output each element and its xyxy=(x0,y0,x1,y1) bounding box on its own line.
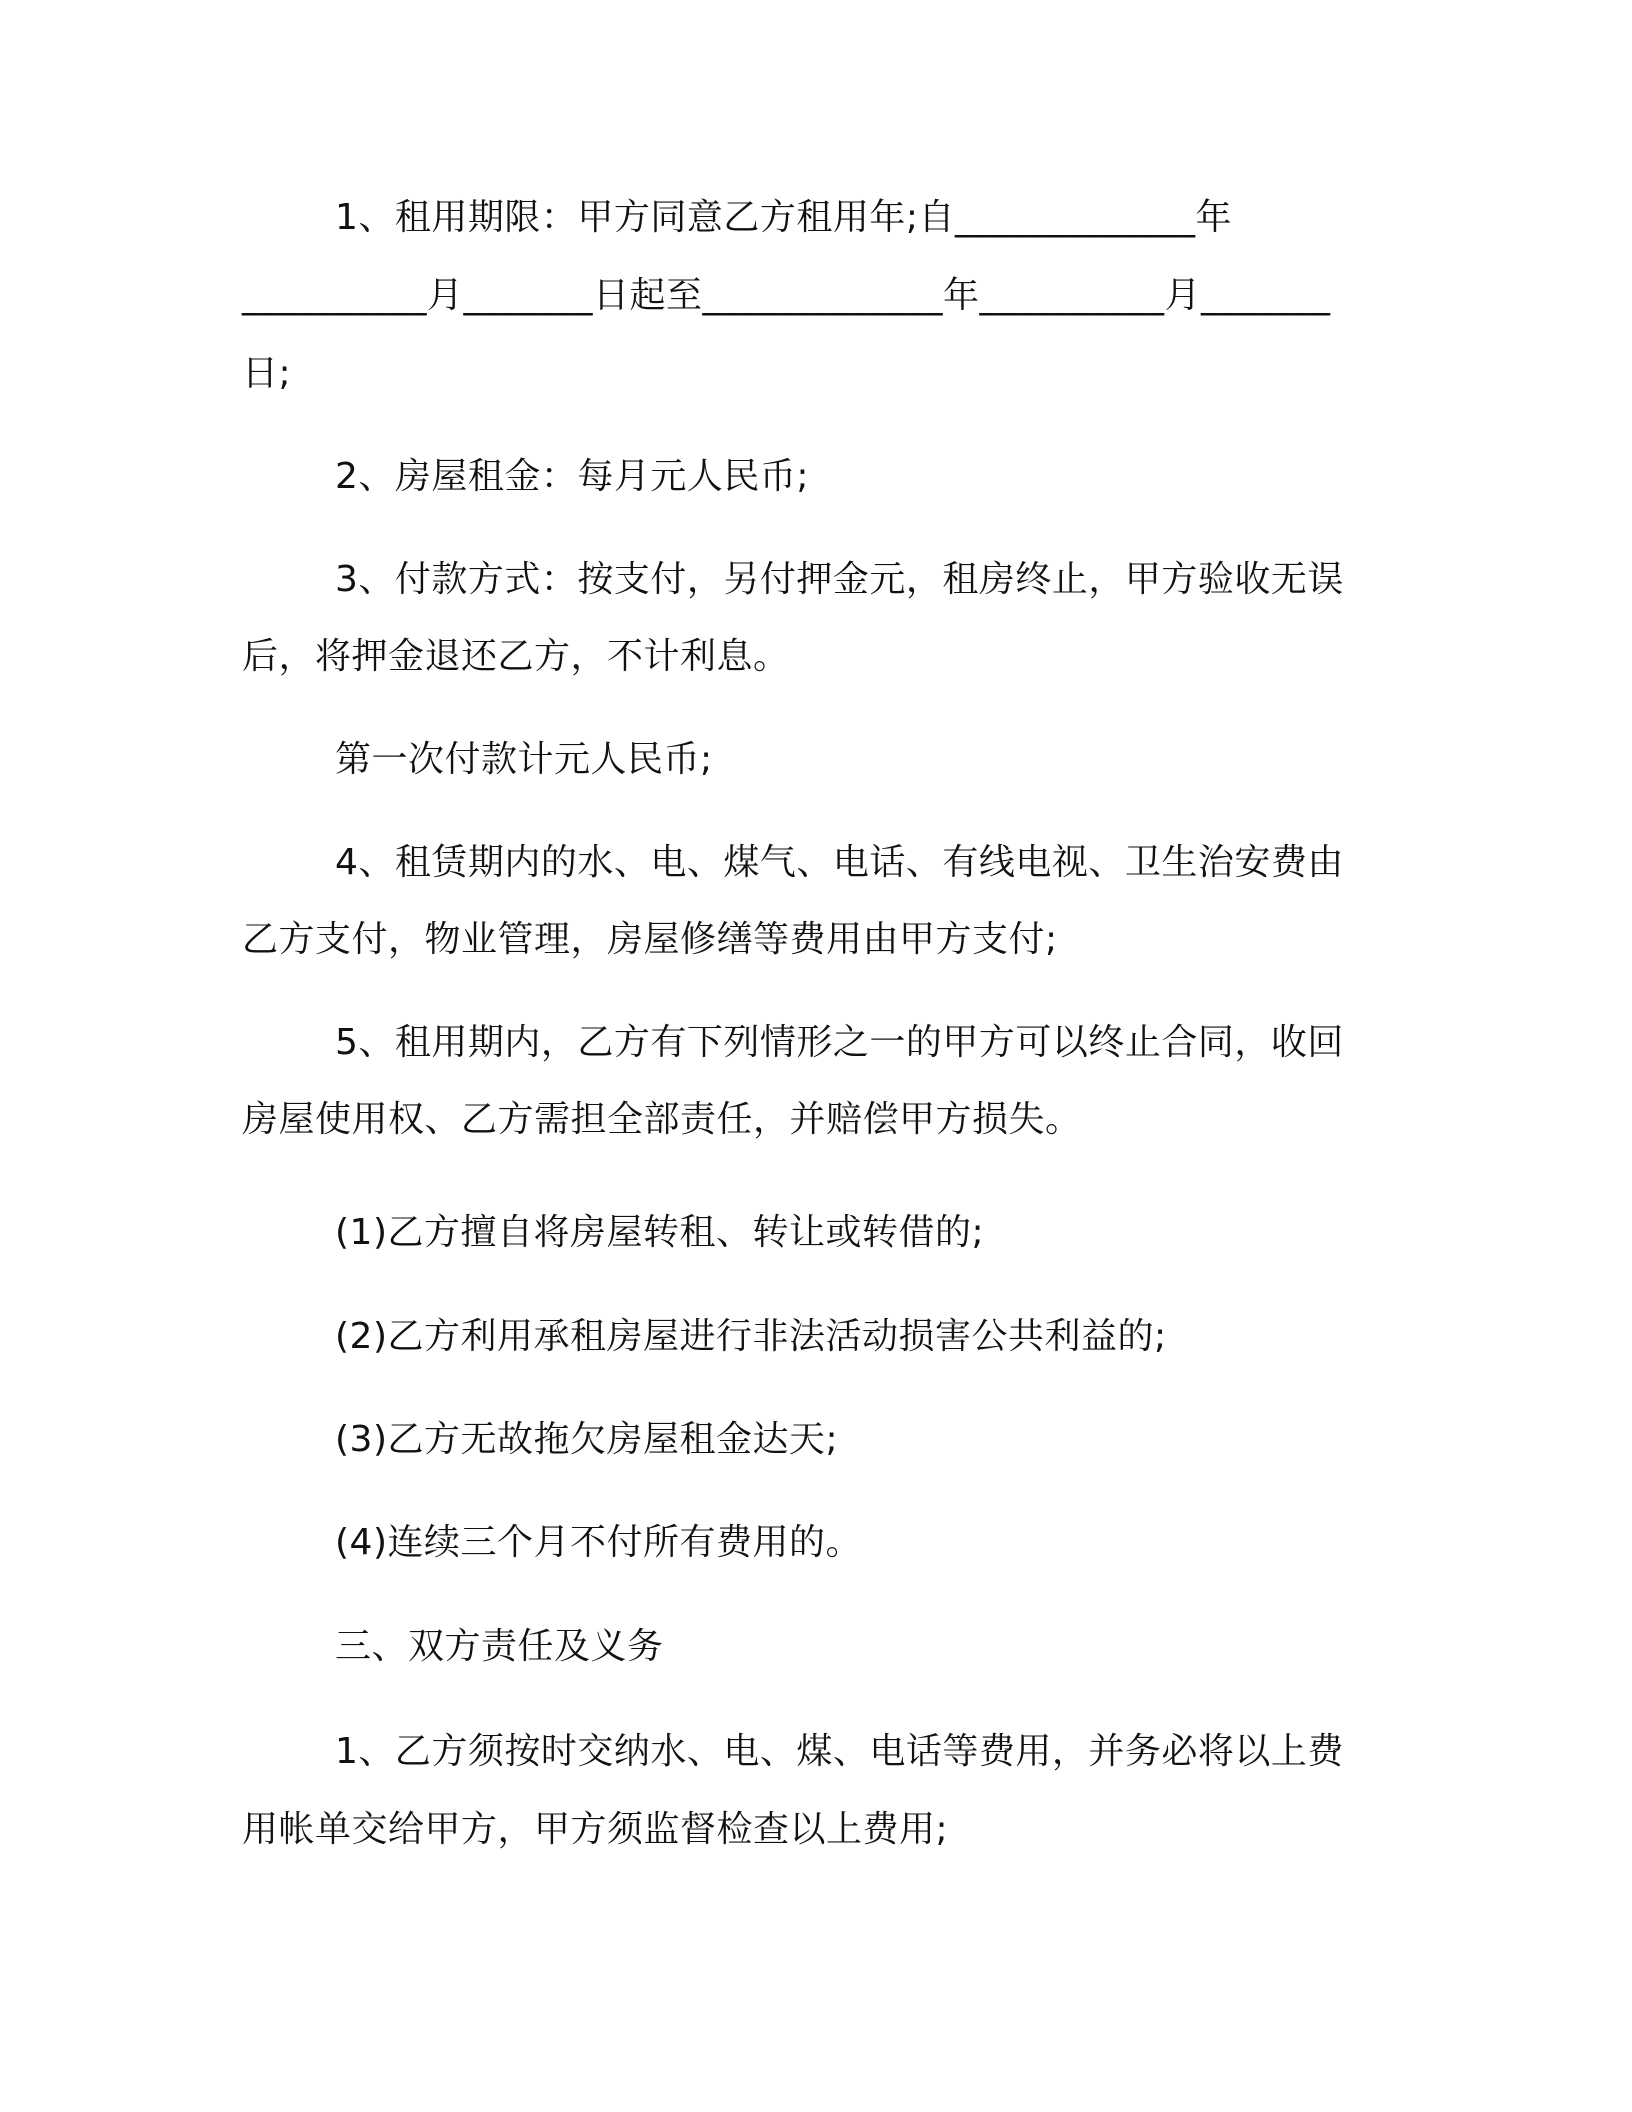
paragraph-duty-1-line-1: 1、乙方须按时交纳水、电、煤、电话等费用，并务必将以上费 xyxy=(335,1730,1344,1774)
list-item-case-4: (4)连续三个月不付所有费用的。 xyxy=(335,1521,862,1565)
paragraph-utilities-line-2: 乙方支付，物业管理，房屋修缮等费用由甲方支付; xyxy=(242,918,1058,962)
paragraph-payment-line-1: 3、付款方式：按支付，另付押金元，租房终止，甲方验收无误 xyxy=(335,558,1344,602)
paragraph-payment-line-2: 后，将押金退还乙方，不计利息。 xyxy=(242,635,790,679)
paragraph-termination-line-2: 房屋使用权、乙方需担全部责任，并赔偿甲方损失。 xyxy=(242,1098,1082,1142)
list-item-case-2: (2)乙方利用承租房屋进行非法活动损害公共利益的; xyxy=(335,1315,1167,1359)
list-item-case-1: (1)乙方擅自将房屋转租、转让或转借的; xyxy=(335,1211,984,1255)
paragraph-duty-1-line-2: 用帐单交给甲方，甲方须监督检查以上费用; xyxy=(242,1808,948,1852)
paragraph-termination-line-1: 5、租用期内，乙方有下列情形之一的甲方可以终止合同，收回 xyxy=(335,1021,1344,1065)
paragraph-rent: 2、房屋租金：每月元人民币; xyxy=(335,455,809,499)
paragraph-term-line-3: 日; xyxy=(242,352,291,396)
document-page: 1、租用期限：甲方同意乙方租用年;自_____________年 _______… xyxy=(0,0,1632,2112)
paragraph-first-payment: 第一次付款计元人民币; xyxy=(335,738,713,782)
paragraph-utilities-line-1: 4、租赁期内的水、电、煤气、电话、有线电视、卫生治安费由 xyxy=(335,841,1344,885)
paragraph-term-line-1: 1、租用期限：甲方同意乙方租用年;自_____________年 xyxy=(335,196,1232,240)
section-heading: 三、双方责任及义务 xyxy=(335,1625,664,1669)
paragraph-term-line-2: __________月_______日起至_____________年_____… xyxy=(242,274,1331,318)
list-item-case-3: (3)乙方无故拖欠房屋租金达天; xyxy=(335,1418,838,1462)
